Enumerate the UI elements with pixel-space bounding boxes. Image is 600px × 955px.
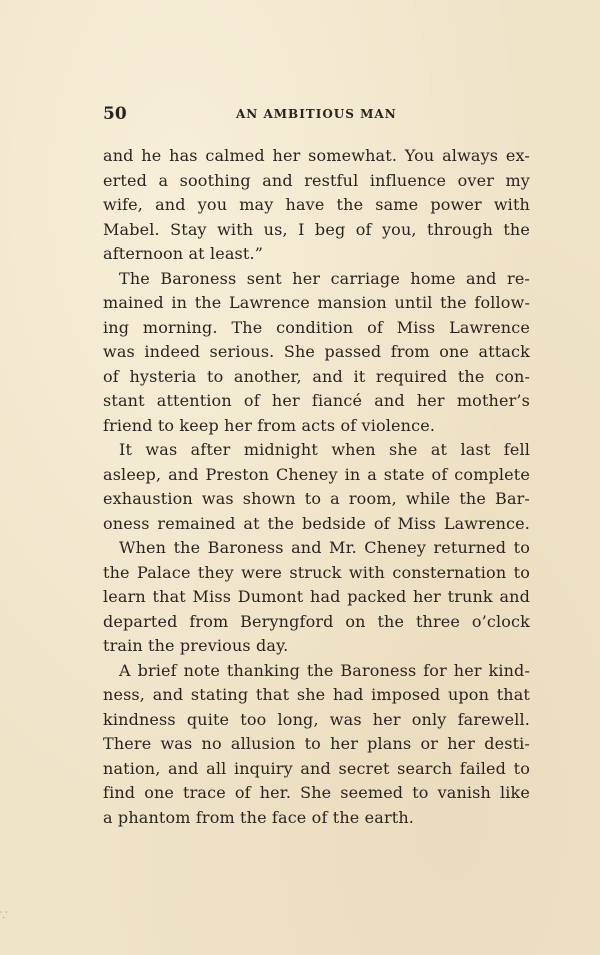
page-number: 50: [103, 104, 127, 124]
paragraph-1: and he has calmed her somewhat. You alwa…: [103, 144, 530, 267]
text-line: mained in the Lawrence mansion until the…: [103, 291, 530, 316]
body-text: and he has calmed her somewhat. You alwa…: [103, 144, 530, 830]
text-line: train the previous day.: [103, 634, 530, 659]
text-line: kindness quite too long, was her only fa…: [103, 708, 530, 733]
text-line: wife, and you may have the same power wi…: [103, 193, 530, 218]
text-line: friend to keep her from acts of violence…: [103, 414, 530, 439]
text-line: stant attention of her fiancé and her mo…: [103, 389, 530, 414]
text-line: afternoon at least.”: [103, 242, 530, 267]
text-line: asleep, and Preston Cheney in a state of…: [103, 463, 530, 488]
book-page: 50 AN AMBITIOUS MAN and he has calmed he…: [0, 0, 600, 955]
margin-smudge-icon: ⸪: [0, 912, 6, 920]
paragraph-3: It was after midnight when she at last f…: [103, 438, 530, 536]
text-line: departed from Beryngford on the three o’…: [103, 610, 530, 635]
text-line: a phantom from the face of the earth.: [103, 806, 530, 831]
text-line: of hysteria to another, and it required …: [103, 365, 530, 390]
text-line: There was no allusion to her plans or he…: [103, 732, 530, 757]
paragraph-4: When the Baroness and Mr. Cheney returne…: [103, 536, 530, 659]
text-line: It was after midnight when she at last f…: [103, 438, 530, 463]
text-line: A brief note thanking the Baroness for h…: [103, 659, 530, 684]
text-line: When the Baroness and Mr. Cheney returne…: [103, 536, 530, 561]
text-line: exhaustion was shown to a room, while th…: [103, 487, 530, 512]
text-line: The Baroness sent her carriage home and …: [103, 267, 530, 292]
text-line: ing morning. The condition of Miss Lawre…: [103, 316, 530, 341]
text-line: nation, and all inquiry and secret searc…: [103, 757, 530, 782]
paragraph-5: A brief note thanking the Baroness for h…: [103, 659, 530, 831]
running-head: 50 AN AMBITIOUS MAN: [103, 104, 530, 126]
text-line: find one trace of her. She seemed to van…: [103, 781, 530, 806]
text-line: the Palace they were struck with conster…: [103, 561, 530, 586]
text-line: ness, and stating that she had imposed u…: [103, 683, 530, 708]
text-line: erted a soothing and restful influence o…: [103, 169, 530, 194]
text-line: Mabel. Stay with us, I beg of you, throu…: [103, 218, 530, 243]
running-title: AN AMBITIOUS MAN: [236, 107, 397, 121]
text-line: learn that Miss Dumont had packed her tr…: [103, 585, 530, 610]
paragraph-2: The Baroness sent her carriage home and …: [103, 267, 530, 439]
text-line: was indeed serious. She passed from one …: [103, 340, 530, 365]
text-line: oness remained at the bedside of Miss La…: [103, 512, 530, 537]
text-line: and he has calmed her somewhat. You alwa…: [103, 144, 530, 169]
